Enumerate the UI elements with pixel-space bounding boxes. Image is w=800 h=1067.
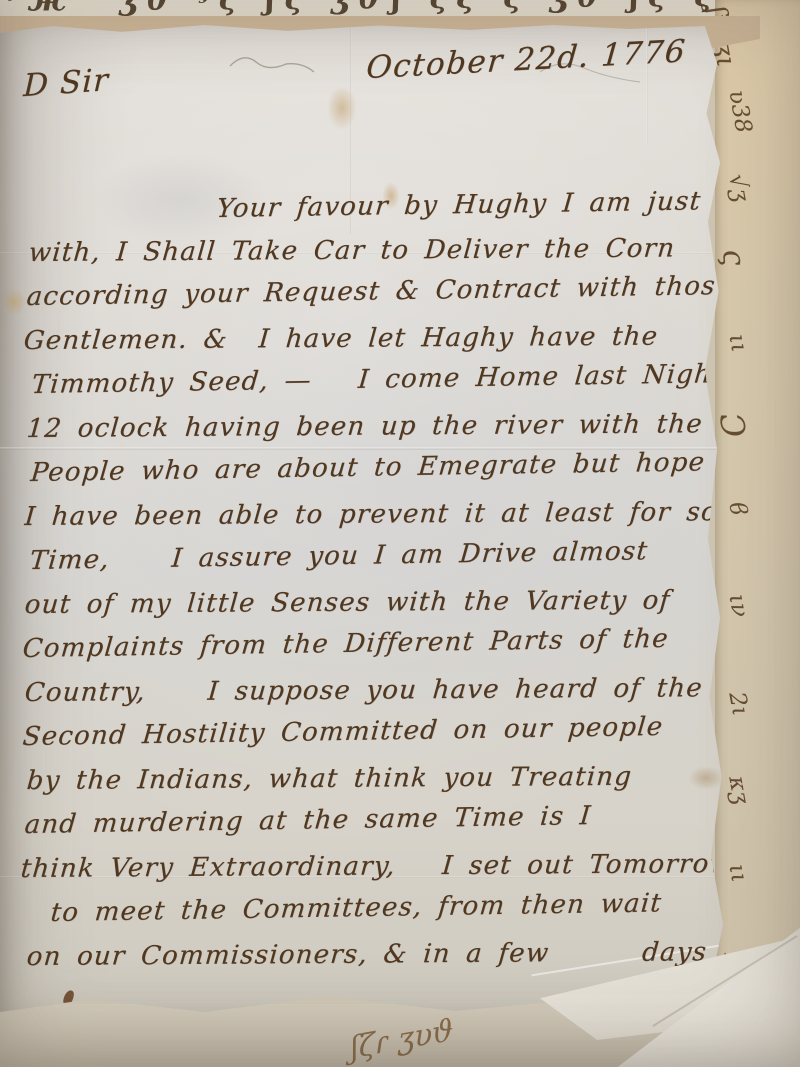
letter-line: Your favour by Hughy I am just ford. [215,185,786,224]
rotated-writing-fragment: √ʒ [723,172,753,204]
letter-line: 12 oclock having been up the river with … [26,409,704,444]
salutation: D Sir [23,62,110,104]
background-page-right: ʃι6ʒι ʋ38 √ʒ ς ιι Ɔ ϐ ιν 2ι κʒ ιι fʒ ιι [715,0,800,1067]
rotated-writing-fragment: κʒ [723,774,753,806]
faint-writing-fragment: ʃζɾ ʒυϑ [350,1013,454,1066]
cut-off-writing-fragment: ʳж ˃ʒϑ ʸζ ʃς ʒϑʃ ζξ ς ʒϑ ʃζ ξʒ ϑʃζ [6,0,800,19]
rotated-writing-fragment: ιι [723,862,752,884]
rotated-writing-fragment: ς [715,246,752,269]
paper-stain [327,86,357,130]
rotated-writing-fragment: ιι [723,332,752,354]
letter-line: Second Hostility Committed on our people [21,712,664,752]
date-line: October 22d. 1776 [365,33,688,86]
rotated-writing-fragment: ιν [723,592,753,619]
manuscript-photo: ʳж ˃ʒϑ ʸζ ʃς ʒϑʃ ζξ ς ʒϑ ʃζ ξʒ ϑʃζ ʃι6ʒι… [0,0,800,1067]
letter-page: October 22d. 1776 D Sir Your favour by H… [0,24,758,1014]
letter-line: People who are about to Emegrate but hop… [29,447,706,488]
letter-line: and murdering at the same Time is I [23,801,592,840]
letter-line: Country, I suppose you have heard of the [24,673,704,708]
letter-line: I have been able to prevent it at least … [24,497,762,532]
letter-line: Time, I assure you I am Drive almost [28,536,649,576]
paper-stain [2,288,26,316]
paper-stain [688,766,724,790]
letter-line: think Very Extraordinary, I set out Tomo… [20,849,735,884]
letter-line: according your Request & Contract with t… [25,271,717,312]
rotated-writing-fragment: ϐ [723,500,751,518]
rotated-writing-fragment: Ɔ [712,410,754,441]
letter-line: by the Indians, what think you Treating [26,762,634,796]
letter-line: Timmothy Seed, — I come Home last Night … [30,358,769,400]
letter-line: with, I Shall Take Car to Deliver the Co… [28,233,677,268]
letter-line: Complaints from the Different Parts of t… [21,624,670,664]
letter-line: Gentlemen. & I have let Haghy have the [23,322,660,356]
letter-line: out of my little Senses with the Variety… [24,585,672,620]
rotated-writing-fragment: ʋ38 [723,88,756,135]
rotated-writing-fragment: 2ι [723,690,753,718]
letter-line: on our Commissioners, & in a few days [26,937,709,972]
letter-line: to meet the Committees, from then wait [49,888,663,928]
